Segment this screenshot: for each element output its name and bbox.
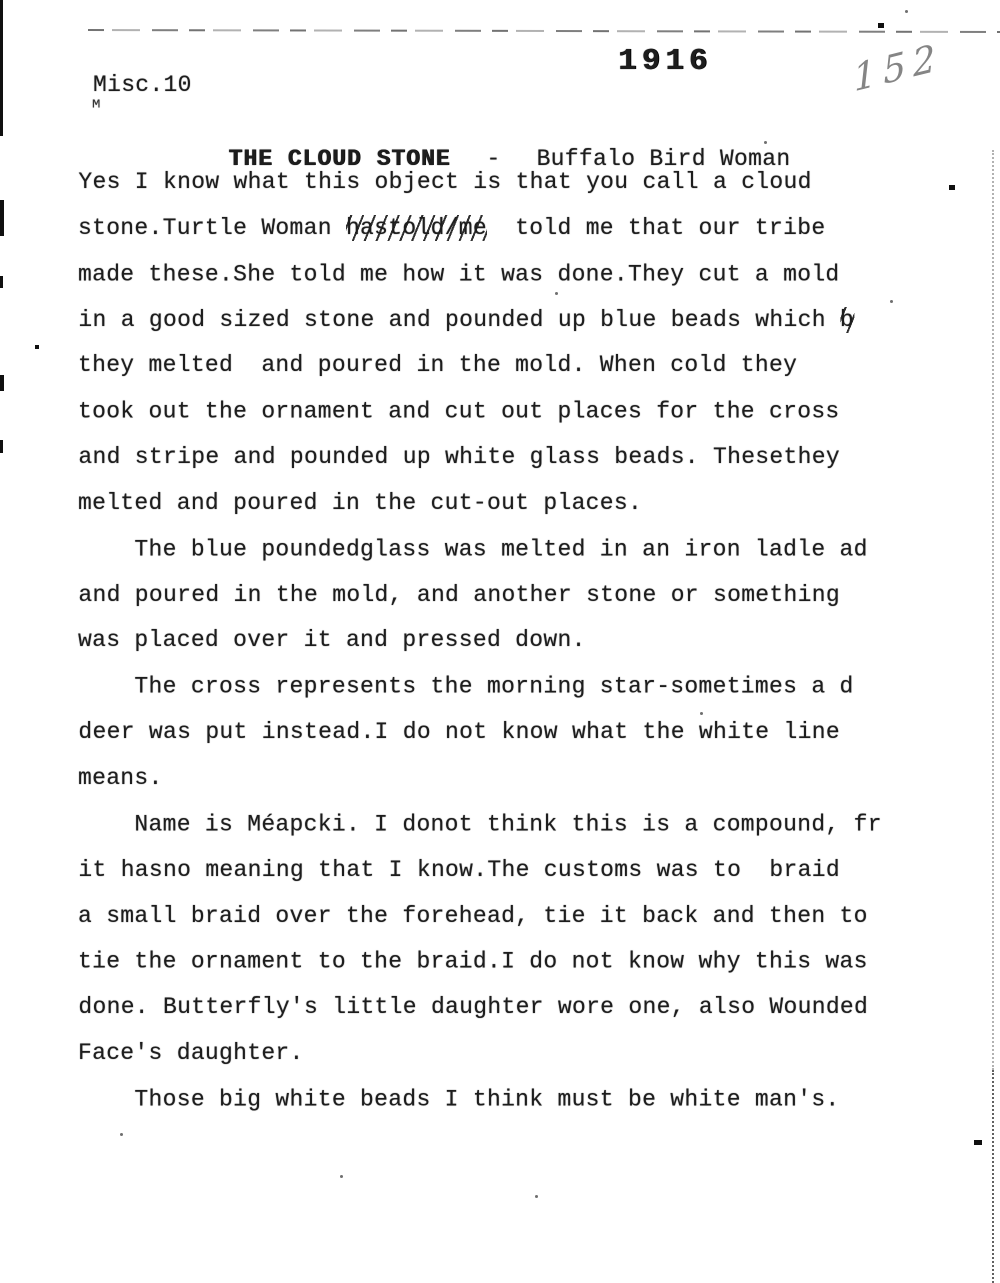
line-text: Face's daughter. xyxy=(78,1040,304,1066)
handwritten-page-number: 152 xyxy=(852,35,944,101)
line-text: deer was put instead.I do not know what … xyxy=(78,719,840,745)
line-text: The blue poundedglass was melted in an i… xyxy=(78,536,868,562)
line-text: Those big white beads I think must be wh… xyxy=(78,1086,840,1112)
line-text: Name is Méapcki. I donot think this is a… xyxy=(78,811,882,837)
ink-speck xyxy=(340,1175,343,1178)
text-line: they melted and poured in the mold. When… xyxy=(78,351,988,397)
line-text: stone.Turtle Woman xyxy=(78,215,346,241)
text-line: and poured in the mold, and another ston… xyxy=(78,581,988,627)
line-text: took out the ornament and cut out places… xyxy=(78,399,840,425)
scanned-document-page: Misc.10 M 1916 152 THE CLOUD STONE-Buffa… xyxy=(0,0,1000,1283)
scratch-line-artifact xyxy=(88,29,1000,33)
line-text: The cross represents the morning star-so… xyxy=(78,674,854,700)
misc-overstrike-mark: M xyxy=(92,98,101,112)
scan-artifact xyxy=(0,200,4,236)
ink-speck xyxy=(905,10,908,13)
text-line: Face's daughter. xyxy=(78,1039,988,1085)
strikeout-text: b xyxy=(840,307,854,333)
scan-artifact xyxy=(992,150,994,1070)
ink-speck xyxy=(555,292,558,295)
ink-speck xyxy=(890,300,893,303)
scan-artifact xyxy=(878,23,884,28)
line-text: in a good sized stone and pounded up blu… xyxy=(78,307,840,333)
ink-speck xyxy=(700,712,703,715)
line-text: they melted and poured in the mold. When… xyxy=(78,352,797,378)
strikeout-text: hastold/me xyxy=(346,215,487,241)
scan-artifact xyxy=(0,440,3,453)
scan-artifact xyxy=(949,185,955,190)
line-text: it hasno meaning that I know.The customs… xyxy=(78,857,840,883)
line-text: was placed over it and pressed down. xyxy=(78,627,586,653)
line-text: and poured in the mold, and another ston… xyxy=(78,582,840,608)
line-text: Yes I know what this object is that you … xyxy=(78,169,811,195)
text-line: Those big white beads I think must be wh… xyxy=(78,1085,988,1131)
text-line: made these.She told me how it was done.T… xyxy=(78,260,988,306)
text-line: and stripe and pounded up white glass be… xyxy=(78,443,988,489)
text-line: done. Butterfly's little daughter wore o… xyxy=(78,993,988,1039)
line-text: and stripe and pounded up white glass be… xyxy=(78,444,840,470)
line-text: made these.She told me how it was done.T… xyxy=(78,261,840,287)
text-line: Name is Méapcki. I donot think this is a… xyxy=(78,810,988,856)
text-line: melted and poured in the cut-out places. xyxy=(78,489,988,535)
text-line: The cross represents the morning star-so… xyxy=(78,673,988,719)
line-text: done. Butterfly's little daughter wore o… xyxy=(78,994,868,1020)
document-body: Yes I know what this object is that you … xyxy=(78,168,988,1131)
text-line: means. xyxy=(78,764,988,810)
text-line: took out the ornament and cut out places… xyxy=(78,398,988,444)
scan-artifact xyxy=(0,375,4,391)
text-line: was placed over it and pressed down. xyxy=(78,626,988,672)
ink-speck xyxy=(764,141,767,144)
line-text: melted and poured in the cut-out places. xyxy=(78,490,642,516)
text-line: deer was put instead.I do not know what … xyxy=(78,718,988,764)
line-text: tie the ornament to the braid.I do not k… xyxy=(78,949,868,975)
text-line: stone.Turtle Woman hastold/me told me th… xyxy=(78,214,988,260)
scan-artifact xyxy=(0,0,3,136)
ink-speck xyxy=(120,1133,123,1136)
text-line: a small braid over the forehead, tie it … xyxy=(78,902,988,948)
scan-artifact xyxy=(992,1070,994,1283)
ink-speck xyxy=(535,1195,538,1198)
text-line: in a good sized stone and pounded up blu… xyxy=(78,306,988,352)
scan-artifact xyxy=(974,1140,982,1145)
text-line: The blue poundedglass was melted in an i… xyxy=(78,535,988,581)
scan-artifact xyxy=(0,276,3,288)
typed-year: 1916 xyxy=(618,44,712,79)
text-line: it hasno meaning that I know.The customs… xyxy=(78,856,988,902)
scan-artifact xyxy=(35,345,39,349)
text-line: tie the ornament to the braid.I do not k… xyxy=(78,948,988,994)
line-text: means. xyxy=(78,765,163,791)
text-line: Yes I know what this object is that you … xyxy=(78,168,988,214)
line-text: told me that our tribe xyxy=(487,215,825,241)
line-text: a small braid over the forehead, tie it … xyxy=(78,903,868,929)
misc-label: Misc.10 xyxy=(93,72,192,98)
